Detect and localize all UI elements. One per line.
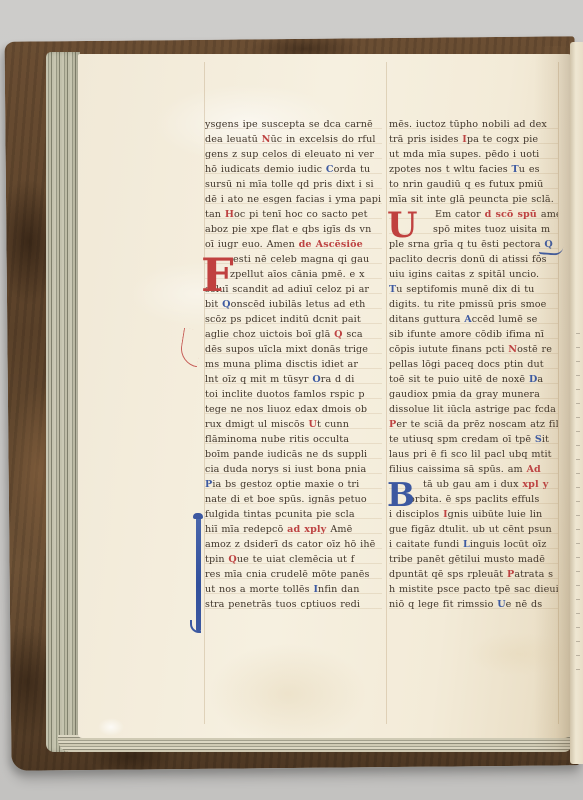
text-line: stra penetrās tuos cptiuos redi	[205, 597, 382, 612]
text-line: flāminoma nube ritis occulta	[205, 432, 382, 447]
text-line: dissolue lit iūcla astrige pac fcda	[389, 402, 558, 417]
text-line: digits. tu rite pmissū pris smoe	[389, 297, 558, 312]
text-line: trā pris isides Ipa te cogx pie	[389, 132, 558, 147]
text-segment: zpellut aīos cānia pmē. e x	[230, 269, 365, 280]
text-line: boīm pande iudicās ne ds suppli	[205, 447, 382, 462]
text-segment: cōpis iutute finans pcti	[389, 344, 508, 355]
text-line: zpotes nos t wltu facies Tu es	[389, 162, 558, 177]
text-segment: orda tu	[334, 164, 371, 175]
text-line: i caitate fundi Linguis locūt oīz	[389, 537, 558, 552]
text-segment: gue figāz dtulit. ub ut cēnt psun	[389, 524, 552, 535]
text-segment: u septifomis munē dix di tu	[396, 284, 534, 295]
text-line: gue figāz dtulit. ub ut cēnt psun	[389, 522, 558, 537]
text-segment: toē sit te puio uitē de noxē	[389, 374, 529, 385]
rubric-segment: T	[512, 164, 519, 175]
text-segment: tpin	[205, 554, 228, 565]
text-segment: tā ub gau am i dux	[423, 479, 522, 490]
text-line: dpuntāt qē sps rpleuāt Patrata s	[389, 567, 558, 582]
text-segment: aboz pie xpe flat e qbs igīs ds vn	[205, 224, 371, 235]
text-segment: res mīa cnia crudelē mōte panēs	[205, 569, 370, 580]
text-line: aboz pie xpe flat e qbs igīs ds vn	[205, 222, 382, 237]
text-line: cōpis iutute finans pcti Nostē re	[389, 342, 558, 357]
text-line: rux dmigt ul miscōs Ut cunn	[205, 417, 382, 432]
text-segment: onscēd iubilās letus ad eth	[231, 299, 366, 310]
text-segment: dissolue lit iūcla astrige pac fcda	[389, 404, 556, 415]
text-line: Tu septifomis munē dix di tu	[389, 282, 558, 297]
rubric-segment: Q	[334, 329, 342, 340]
text-line: ysgens ipe suscepta se dca carnē	[205, 117, 382, 132]
text-line: dēs supos uīcla mixt donās trige	[205, 342, 382, 357]
text-line: dē i ato ne esgen facias i yma papi	[205, 192, 382, 207]
text-segment: dea leuatū	[205, 134, 262, 145]
text-segment: gnis uibūte luie lin	[448, 509, 543, 520]
initial-f: F	[201, 252, 234, 298]
text-segment: ms muna plima disctis idiet ar	[205, 359, 358, 370]
text-line: fulgida tintas pcunita pie scla	[205, 507, 382, 522]
text-segment: tan	[205, 209, 225, 220]
text-line: scōz ps pdicet inditū dcnit pait	[205, 312, 382, 327]
text-line: ut nos a morte tollēs Infin dan	[205, 582, 382, 597]
text-column-left: ysgens ipe suscepta se dca carnēdea leua…	[205, 117, 382, 614]
text-segment: amoz z dsiderī ds cator oīz hō ihē	[205, 539, 375, 550]
text-line: amoz z dsiderī ds cator oīz hō ihē	[205, 537, 382, 552]
text-segment: orbita. ē sps paclits effuls	[409, 494, 539, 505]
text-line: ut mda mīa supes. pēdo i uoti	[389, 147, 558, 162]
text-segment: sca	[343, 329, 363, 340]
text-line: pellas lōgi paceq docs ptin dut	[389, 357, 558, 372]
rubric-segment: A	[464, 314, 472, 325]
manuscript-photo: { "colors":{ "backdrop_gray":"#c9c8c6", …	[0, 0, 583, 800]
text-segment: flāminoma nube ritis occulta	[205, 434, 349, 445]
text-segment: Amē	[330, 524, 352, 535]
text-segment: paclito decris donū di atissi fōs	[389, 254, 547, 265]
text-segment: sib ifunte amore cōdib ifima nī	[389, 329, 544, 340]
initial-i-bar	[196, 515, 201, 631]
initial-u: U	[387, 208, 418, 243]
text-line: gens z sup celos di eleuato ni ver	[205, 147, 382, 162]
text-line: h mistite psce pacto tpē sac dieui	[389, 582, 558, 597]
rubric-segment: de Ascēsiōe	[299, 239, 363, 250]
text-line: gaudiox pmia da gray munera	[389, 387, 558, 402]
text-segment: ditans guttura	[389, 314, 464, 325]
text-segment: zpotes nos t wltu facies	[389, 164, 512, 175]
rubric-segment: ad xply	[287, 524, 330, 535]
text-segment: nfin dan	[318, 584, 359, 595]
text-segment: ysgens ipe suscepta se dca carnē	[205, 119, 373, 130]
text-line: sib ifunte amore cōdib ifima nī	[389, 327, 558, 342]
text-line: tribe panēt gētilui musto madē	[389, 552, 558, 567]
text-line: res mīa cnia crudelē mōte panēs	[205, 567, 382, 582]
text-segment: ia bs gestoz optie maxie o tri	[212, 479, 359, 490]
text-line: niō q lege fit rimssio Ue nē ds	[389, 597, 558, 612]
text-segment: toi inclite duotos famlos rspic p	[205, 389, 365, 400]
text-segment: ue te uiat clemēcia ut f	[237, 554, 355, 565]
text-line: te utiusq spm credam oī tpē Sit	[389, 432, 558, 447]
text-segment: ut mda mīa supes. pēdo i uoti	[389, 149, 539, 160]
text-line: ditans guttura Accēd lumē se	[389, 312, 558, 327]
ruling-line-vertical-middle	[386, 62, 387, 724]
text-segment: niō q lege fit rimssio	[389, 599, 497, 610]
text-segment: boīm pande iudicās ne ds suppli	[205, 449, 367, 460]
text-segment: to nrin gaudiū q es futux pmiū	[389, 179, 543, 190]
rubric-segment: U	[309, 419, 317, 430]
text-line: cia duda norys si iust bona pnia	[205, 462, 382, 477]
text-segment: dē i ato ne esgen facias i yma papi	[205, 194, 381, 205]
text-line: Per te sciā da prēz noscam atz fili	[389, 417, 558, 432]
text-line: lnt oīz q mit m tūsyr Ora d di	[205, 372, 382, 387]
text-segment: spō mites tuoz uisita m	[433, 224, 550, 235]
text-segment: hō iudicats demio iudic	[205, 164, 326, 175]
text-segment: mēs. iuctoz tūpho nobili ad dex	[389, 119, 547, 130]
text-segment: scōz ps pdicet inditū dcnit pait	[205, 314, 361, 325]
initial-b: B	[387, 478, 415, 511]
text-segment: rux dmigt ul miscōs	[205, 419, 309, 430]
text-line: mēs. iuctoz tūpho nobili ad dex	[389, 117, 558, 132]
text-line: to nrin gaudiū q es futux pmiū	[389, 177, 558, 192]
text-segment: esti nē celeb magna qi gau	[233, 254, 369, 265]
text-segment: dēs supos uīcla mixt donās trige	[205, 344, 368, 355]
rubric-segment: N	[262, 134, 271, 145]
text-line: dea leuatū Nūc in excelsis do rful	[205, 132, 382, 147]
text-line: paclito decris donū di atissi fōs	[389, 252, 558, 267]
rubric-segment: U	[497, 599, 505, 610]
text-segment: i caitate fundi	[389, 539, 463, 550]
rubric-segment: O	[312, 374, 320, 385]
text-segment: oc pi tenī hoc co sacto pet	[234, 209, 368, 220]
text-line: hō iudicats demio iudic Corda tu	[205, 162, 382, 177]
text-segment: fulgida tintas pcunita pie scla	[205, 509, 355, 520]
gutter-shadow	[534, 46, 574, 760]
text-segment: t cunn	[317, 419, 349, 430]
rubric-segment: C	[326, 164, 334, 175]
text-segment: digits. tu rite pmissū pris smoe	[389, 299, 546, 310]
facing-page-edge	[570, 42, 583, 764]
text-segment: trā pris isides	[389, 134, 462, 145]
text-line: tege ne nos liuoz edax dmois ob	[205, 402, 382, 417]
text-line: tan Hoc pi tenī hoc co sacto pet	[205, 207, 382, 222]
text-segment: ut nos a morte tollēs	[205, 584, 313, 595]
text-column-right: mēs. iuctoz tūpho nobili ad dextrā pris …	[389, 117, 558, 614]
text-segment: h mistite psce pacto tpē sac dieui	[389, 584, 558, 595]
rubric-segment: Q	[228, 554, 236, 565]
text-line: nate di et boe spūs. ignās petuo	[205, 492, 382, 507]
text-segment: Em cator	[435, 209, 485, 220]
text-segment: laus pri ē fi sco lil pacl ubq mtit	[389, 449, 552, 460]
text-line: ms muna plima disctis idiet ar	[205, 357, 382, 372]
page-edges-left	[46, 52, 80, 752]
text-segment: hiī mīa redepcō	[205, 524, 287, 535]
text-segment: gens z sup celos di eleuato ni ver	[205, 149, 374, 160]
text-line: toē sit te puio uitē de noxē Da	[389, 372, 558, 387]
rubric-segment: d scō spū	[485, 209, 541, 220]
text-segment: cia duda norys si iust bona pnia	[205, 464, 366, 475]
text-line: toi inclite duotos famlos rspic p	[205, 387, 382, 402]
text-segment: tribe panēt gētilui musto madē	[389, 554, 545, 565]
text-segment: uiu igins caitas z spitāl uncio.	[389, 269, 539, 280]
page-stain	[98, 718, 124, 736]
text-line: aglie choz uictois boī glā Q sca	[205, 327, 382, 342]
text-line: laus pri ē fi sco lil pacl ubq mtit	[389, 447, 558, 462]
text-segment: sursū ni mīa tolle qd pris dixt i si	[205, 179, 374, 190]
text-segment: pa te cogx pie	[467, 134, 538, 145]
text-line: sursū ni mīa tolle qd pris dixt i si	[205, 177, 382, 192]
text-segment: nate di et boe spūs. ignās petuo	[205, 494, 367, 505]
text-segment: lnt oīz q mit m tūsyr	[205, 374, 312, 385]
text-line: Pia bs gestoz optie maxie o tri	[205, 477, 382, 492]
text-segment: tege ne nos liuoz edax dmois ob	[205, 404, 367, 415]
text-line: hiī mīa redepcō ad xply Amē	[205, 522, 382, 537]
text-line: tpin Que te uiat clemēcia ut f	[205, 552, 382, 567]
text-line: uiu igins caitas z spitāl uncio.	[389, 267, 558, 282]
text-segment: stra penetrās tuos cptiuos redi	[205, 599, 360, 610]
rubric-segment: N	[508, 344, 517, 355]
text-segment: te utiusq spm credam oī tpē	[389, 434, 535, 445]
rubric-segment: L	[463, 539, 470, 550]
text-segment: filius caissima sā spūs. am	[389, 464, 526, 475]
text-segment: ūc in excelsis do rful	[271, 134, 376, 145]
text-segment: ra d di	[321, 374, 355, 385]
text-segment: dpuntāt qē sps rpleuāt	[389, 569, 507, 580]
text-segment: pellas lōgi paceq docs ptin dut	[389, 359, 544, 370]
text-segment: ccēd lumē se	[472, 314, 538, 325]
text-segment: gaudiox pmia da gray munera	[389, 389, 540, 400]
text-segment: aglie choz uictois boī glā	[205, 329, 334, 340]
rubric-segment: H	[225, 209, 234, 220]
text-segment: mīa sit inte glā peuncta pie sclā.	[389, 194, 554, 205]
